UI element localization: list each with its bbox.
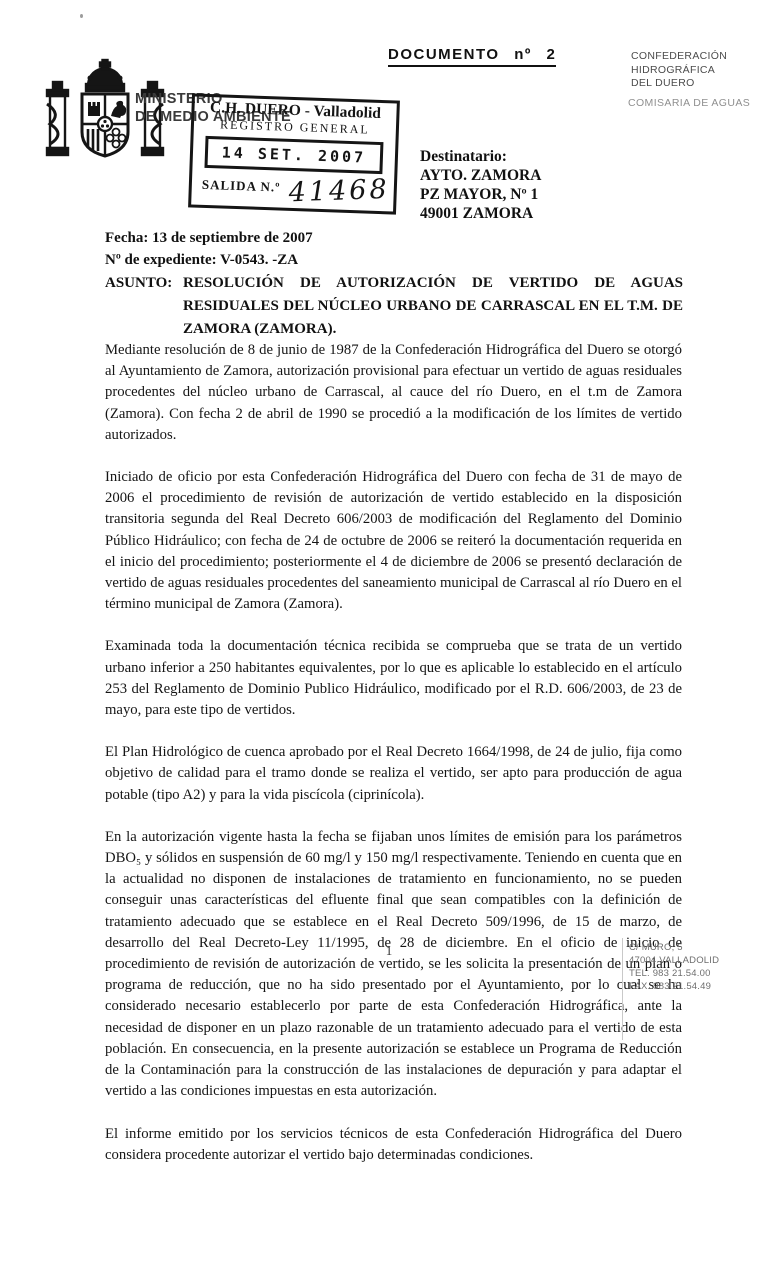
body-paragraph: El informe emitido por los servicios téc… <box>105 1124 682 1166</box>
footer-address: C/ MURO, 5 47004 VALLADOLID TEL. 983 21.… <box>629 941 719 993</box>
stamp-salida-number-handwritten: 41468 <box>288 174 390 209</box>
registry-stamp: C.H. DUERO - Valladolid REGISTRO GENERAL… <box>188 93 400 214</box>
body-paragraph: El Plan Hidrológico de cuenca aprobado p… <box>105 742 682 806</box>
org-line: DEL DUERO <box>631 77 727 91</box>
subject-block: ASUNTO: RESOLUCIÓN DE AUTORIZACIÓN DE VE… <box>105 272 683 341</box>
org-line: CONFEDERACIÓN <box>631 50 727 64</box>
recipient-line: 49001 ZAMORA <box>420 204 541 223</box>
meta-fecha: Fecha: 13 de septiembre de 2007 <box>105 227 313 249</box>
subject-label: ASUNTO: <box>105 272 183 341</box>
subject-text: RESOLUCIÓN DE AUTORIZACIÓN DE VERTIDO DE… <box>183 272 683 341</box>
stamp-date: 14 SET. 2007 <box>204 136 383 174</box>
recipient-line: AYTO. ZAMORA <box>420 166 541 185</box>
recipient-label: Destinatario: <box>420 147 541 166</box>
scan-artifact <box>80 14 83 18</box>
meta-expediente: Nº de expediente: V-0543. -ZA <box>105 249 313 271</box>
footer-address-line: TEL. 983 21.54.00 <box>629 967 719 980</box>
footer-address-line: C/ MURO, 5 <box>629 941 719 954</box>
stamp-salida-label: SALIDA N.º <box>202 177 281 195</box>
body-paragraph: Iniciado de oficio por esta Confederació… <box>105 467 682 615</box>
recipient-line: PZ MAYOR, Nº 1 <box>420 185 541 204</box>
footer-divider-line <box>622 938 623 1040</box>
document-page: DOCUMENTO nº 2 CONFEDERACIÓN HIDROGRÁFIC… <box>0 0 778 1280</box>
recipient-block: Destinatario: AYTO. ZAMORA PZ MAYOR, Nº … <box>420 147 541 223</box>
department-name: COMISARIA DE AGUAS <box>628 97 750 109</box>
document-number-heading: DOCUMENTO nº 2 <box>388 46 556 67</box>
body-paragraph: Examinada toda la documentación técnica … <box>105 636 682 721</box>
stamp-salida-row: SALIDA N.º 41468 <box>191 170 394 208</box>
body-paragraph: En la autorización vigente hasta la fech… <box>105 827 682 1103</box>
body-paragraph: Mediante resolución de 8 de junio de 198… <box>105 340 682 446</box>
organization-name: CONFEDERACIÓN HIDROGRÁFICA DEL DUERO <box>631 50 727 91</box>
document-meta: Fecha: 13 de septiembre de 2007 Nº de ex… <box>105 227 313 271</box>
footer-address-line: FAX. 983 21.54.49 <box>629 980 719 993</box>
document-body: Mediante resolución de 8 de junio de 198… <box>105 340 682 1187</box>
org-line: HIDROGRÁFICA <box>631 64 727 78</box>
footer-address-line: 47004 VALLADOLID <box>629 954 719 967</box>
